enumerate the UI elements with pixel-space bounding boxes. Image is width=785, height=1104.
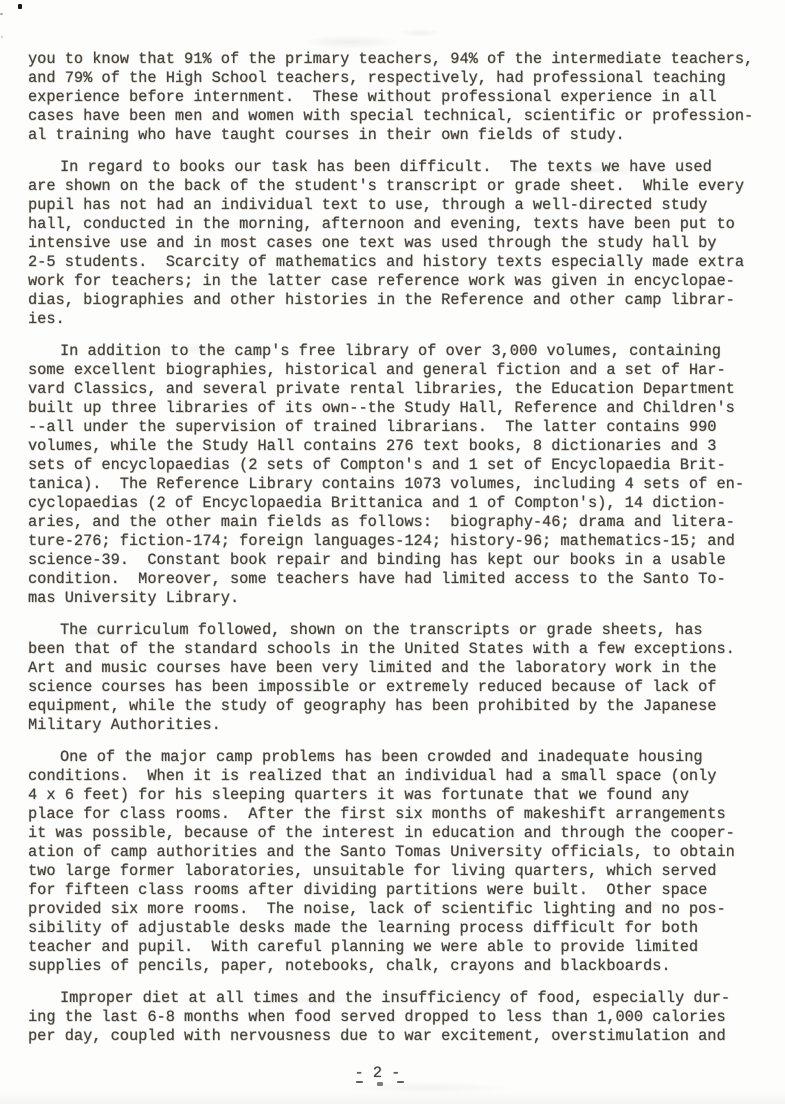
document-page: you to know that 91% of the primary teac… (0, 0, 785, 1104)
paragraph-books: In regard to books our task has been dif… (28, 158, 771, 329)
bleed-mark (377, 1082, 383, 1086)
ink-dot (18, 4, 22, 9)
typewritten-text: you to know that 91% of the primary teac… (28, 50, 771, 1059)
paragraph-housing: One of the major camp problems has been … (28, 748, 771, 976)
paragraph-diet: Improper diet at all times and the insuf… (28, 989, 771, 1046)
paragraph-libraries: In addition to the camp's free library o… (28, 342, 771, 608)
paragraph-curriculum: The curriculum followed, shown on the tr… (28, 621, 771, 735)
edge-speck (1, 36, 3, 38)
paragraph-teacher-experience: you to know that 91% of the primary teac… (28, 50, 771, 145)
page-number: - 2 - (0, 1064, 785, 1082)
edge-speck (0, 13, 3, 15)
